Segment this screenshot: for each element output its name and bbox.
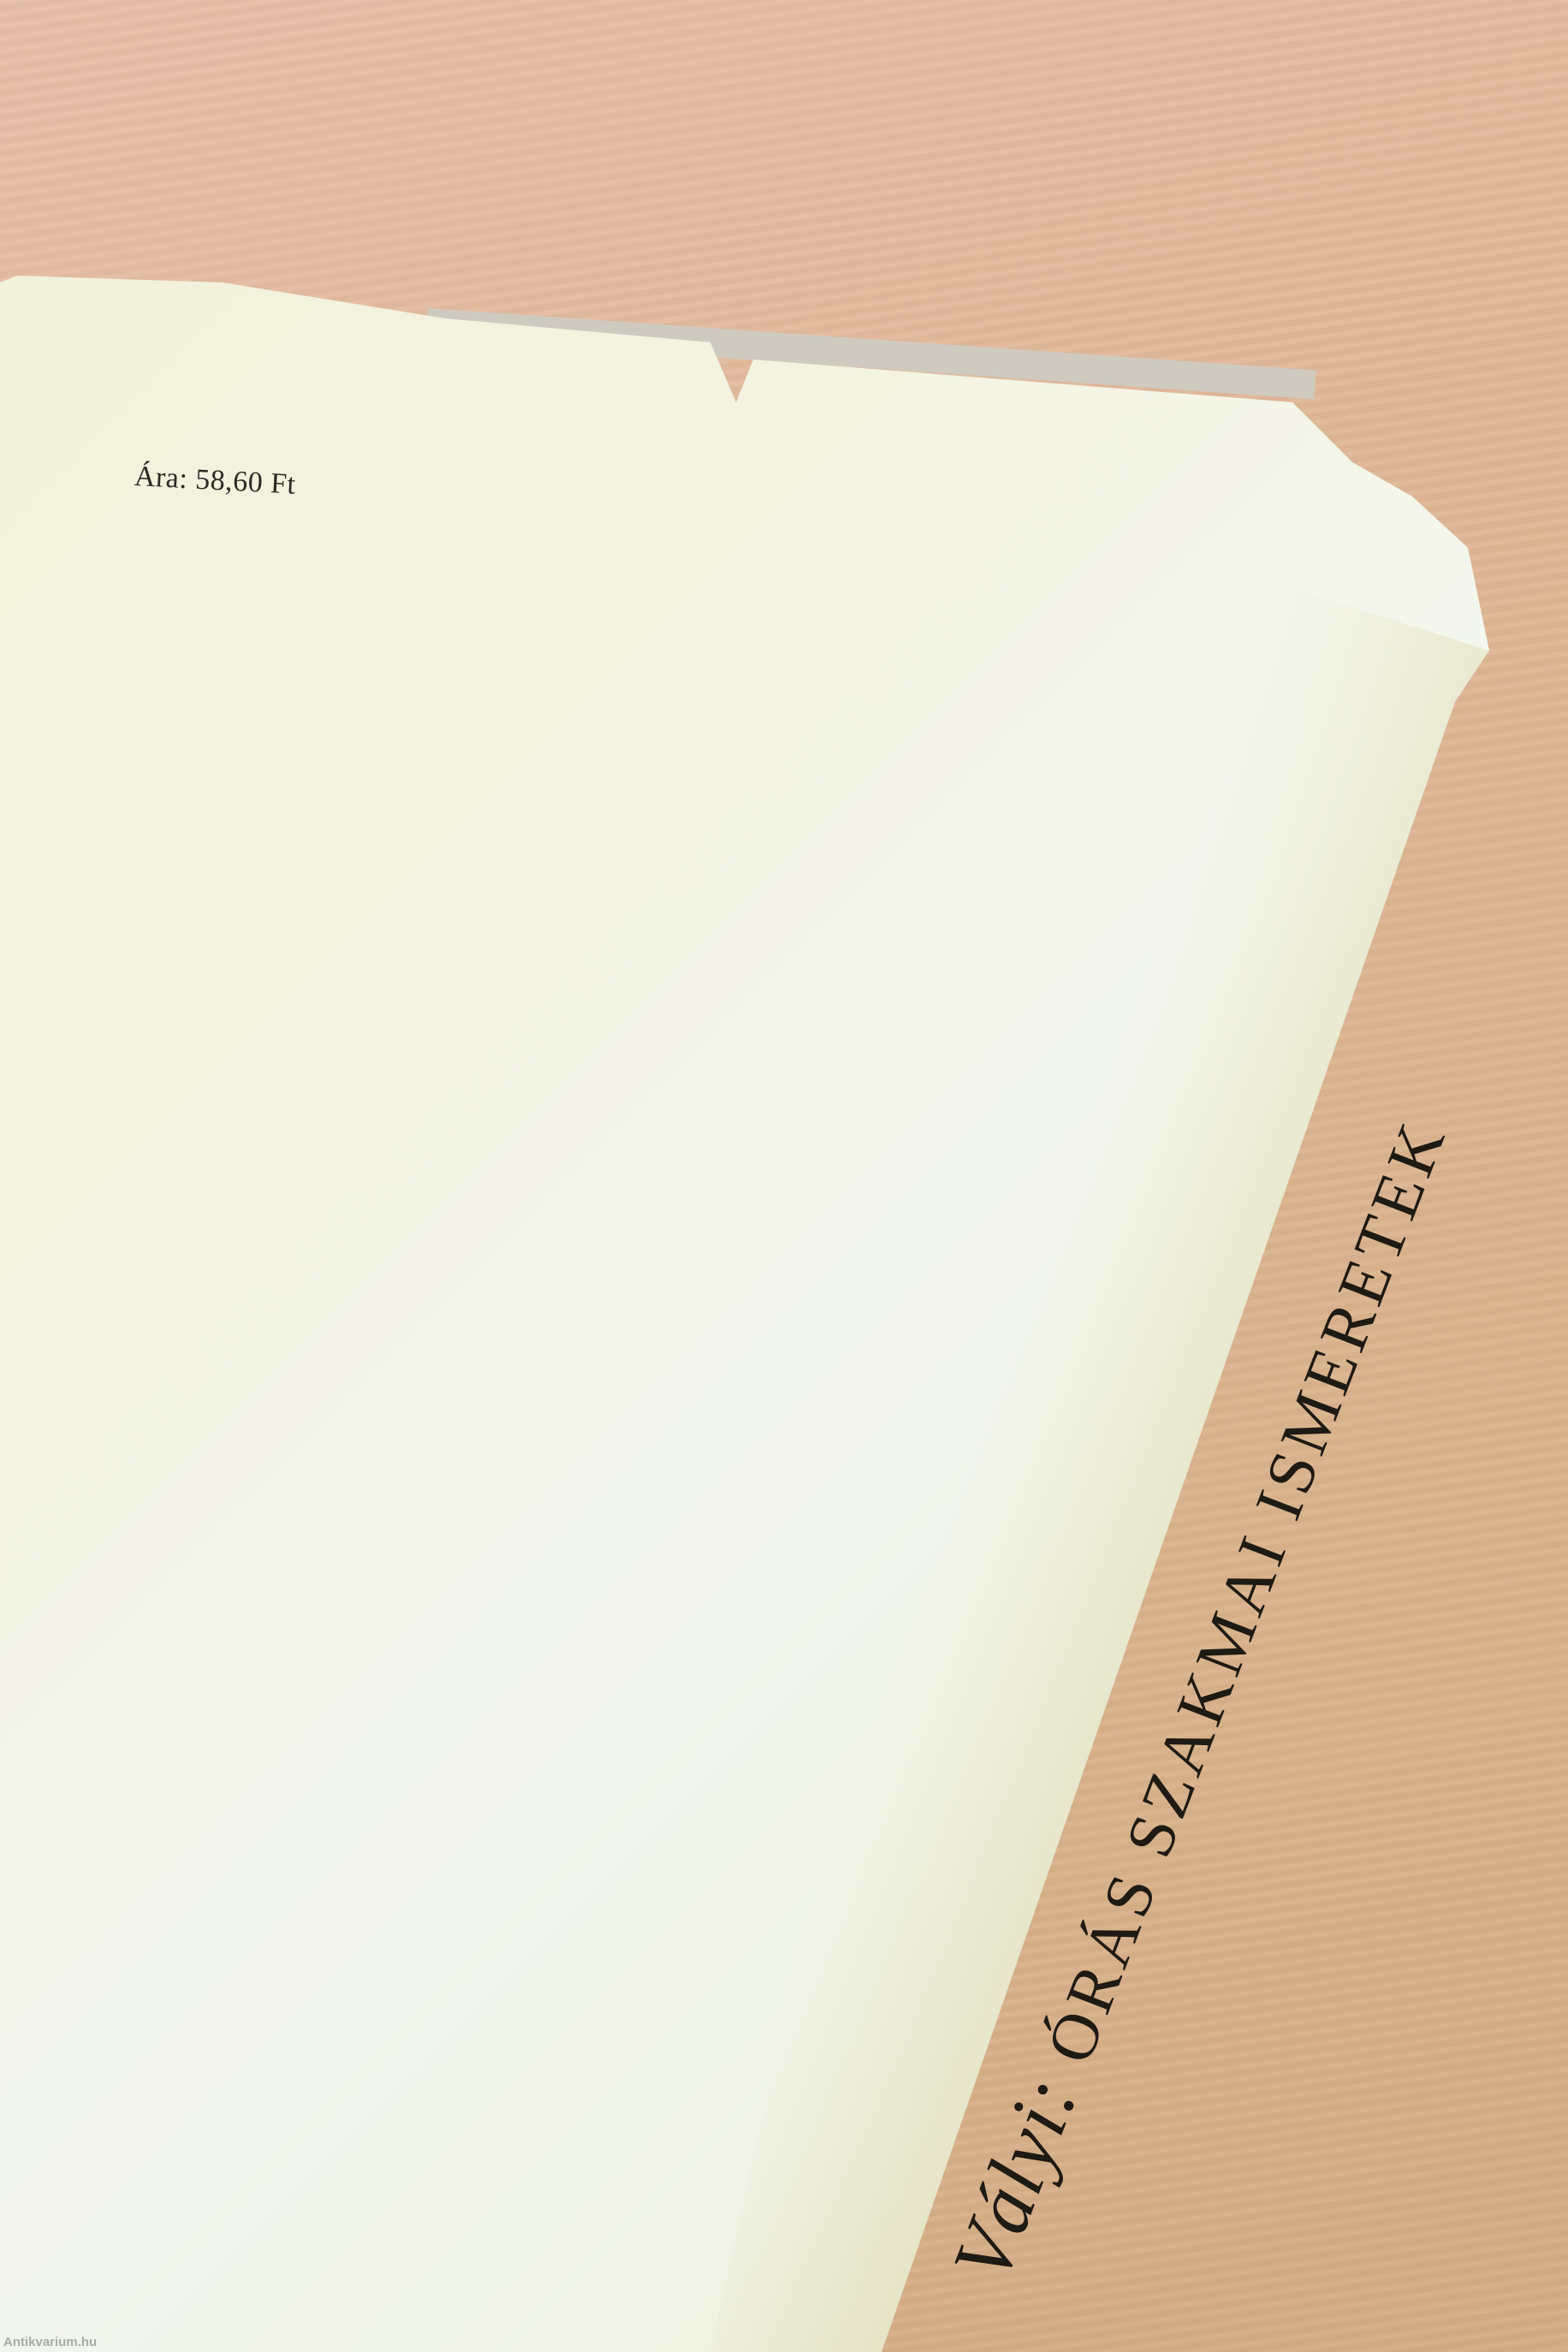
book: Ára: 58,60 Ft Vályi:ÓRÁS SZAKMAI ISMERET… xyxy=(0,0,1568,2352)
watermark: Antikvarium.hu xyxy=(3,2335,97,2349)
photo-scene: Ára: 58,60 Ft Vályi:ÓRÁS SZAKMAI ISMERET… xyxy=(0,0,1568,2352)
